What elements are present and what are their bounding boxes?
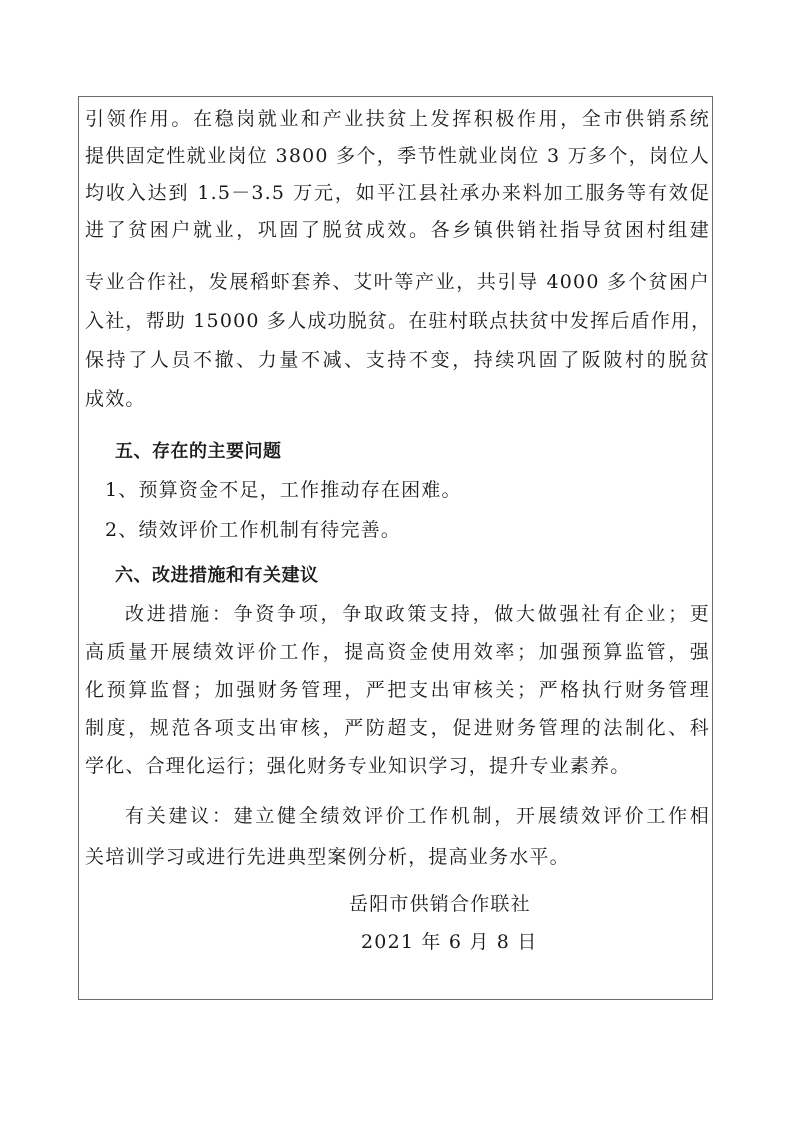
body-line: 均收入达到 1.5－3.5 万元，如平江县社承办来料加工服务等有效促 [85,181,710,205]
measures-line: 制度，规范各项支出审核，严防超支，促进财务管理的法制化、科 [85,716,710,740]
measures-line: 学化、合理化运行；强化财务专业知识学习，提升专业素养。 [85,754,710,778]
suggestions-line: 有关建议：建立健全绩效评价工作机制，开展绩效评价工作相 [125,804,710,828]
measures-line: 高质量开展绩效评价工作，提高资金使用效率；加强预算监管，强 [85,640,710,664]
body-line: 入社，帮助 15000 多人成功脱贫。在驻村联点扶贫中发挥后盾作用， [85,309,710,333]
problem-item: 2、绩效评价工作机制有待完善。 [105,518,730,542]
measures-line: 化预算监督；加强财务管理，严把支出审核关；严格执行财务管理 [85,678,710,702]
section-heading-improvements: 六、改进措施和有关建议 [115,564,740,588]
measures-line: 改进措施：争资争项，争取政策支持，做大做强社有企业；更 [125,602,710,626]
problem-item: 1、预算资金不足，工作推动存在困难。 [105,478,730,502]
section-heading-problems: 五、存在的主要问题 [115,440,740,464]
body-line: 提供固定性就业岗位 3800 多个，季节性就业岗位 3 万多个，岗位人 [85,144,710,168]
body-line: 专业合作社，发展稻虾套养、艾叶等产业，共引导 4000 多个贫困户 [85,270,710,294]
body-line: 保持了人员不撤、力量不减、支持不变，持续巩固了阪陂村的脱贫 [85,348,710,372]
body-line: 成效。 [85,387,710,411]
signature-date: 2021 年 6 月 8 日 [361,930,561,954]
body-line: 引领作用。在稳岗就业和产业扶贫上发挥积极作用，全市供销系统 [85,107,710,131]
suggestions-line: 关培训学习或进行先进典型案例分析，提高业务水平。 [85,845,710,869]
body-line: 进了贫困户就业，巩固了脱贫成效。各乡镇供销社指导贫困村组建 [85,218,710,242]
signature-organization: 岳阳市供销合作联社 [349,892,549,916]
